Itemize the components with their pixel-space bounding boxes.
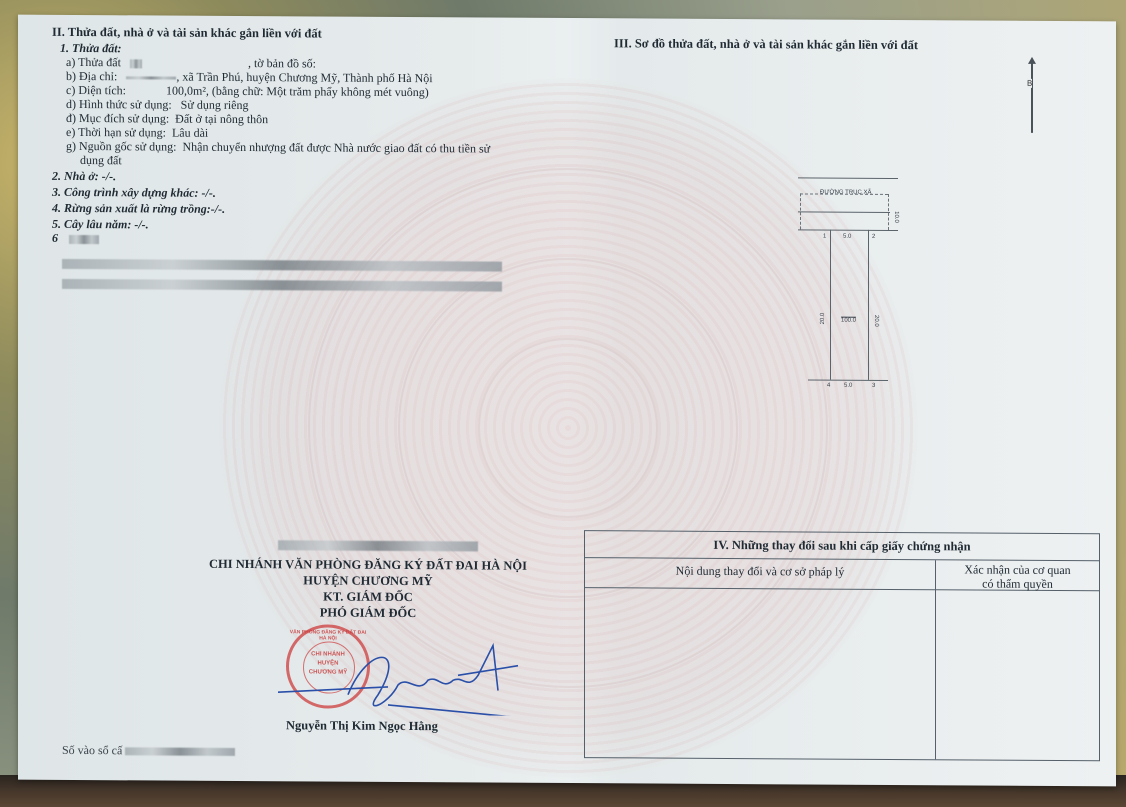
corner-2: 2 xyxy=(872,234,875,240)
usage-form-label: d) Hình thức sử dụng: xyxy=(66,97,172,112)
section2-title: II. Thửa đất, nhà ở và tài sản khác gắn … xyxy=(52,25,322,41)
authority-confirmation-header: Xác nhận của cơ quan có thẩm quyền xyxy=(936,560,1099,591)
section3-title: III. Sơ đồ thửa đất, nhà ở và tài sản kh… xyxy=(614,36,918,52)
plot-number-row: a) Thửa đất , tờ bản đồ số: xyxy=(66,55,316,71)
land-plot-diagram: ĐƯỜNG TRỤC XÃ 10.0 1 5.0 2 20.0 100.0 20… xyxy=(798,177,908,388)
address-label: b) Địa chỉ: xyxy=(66,69,117,83)
usage-term-value: Lâu dài xyxy=(172,126,208,140)
area-label: c) Diện tích: xyxy=(66,83,126,97)
right-edge-length: 20.0 xyxy=(873,315,879,327)
signature-block: CHI NHÁNH VĂN PHÒNG ĐĂNG KÝ ĐẤT ĐAI HÀ N… xyxy=(178,556,558,622)
usage-origin-label: g) Nguồn gốc sử dụng: xyxy=(66,139,177,154)
address-value: , xã Trần Phú, huyện Chương Mỹ, Thành ph… xyxy=(176,70,432,86)
usage-term-row: e) Thời hạn sử dụng: Lâu dài xyxy=(66,125,208,140)
arrow-head-icon xyxy=(1028,57,1036,64)
north-label: B xyxy=(1027,79,1032,88)
other-construction-item: 3. Công trình xây dựng khác: -/-. xyxy=(52,185,216,200)
corner-1: 1 xyxy=(823,234,826,240)
authority-confirmation-column: Xác nhận của cơ quan có thẩm quyền xyxy=(936,560,1099,760)
redacted-item6 xyxy=(69,235,99,244)
land-plot-heading: 1. Thửa đất: xyxy=(60,41,122,55)
redacted-date-line xyxy=(278,540,478,551)
redacted-notes-line2 xyxy=(62,279,502,292)
map-sheet-label: , tờ bản đồ số: xyxy=(248,56,316,70)
signer-name: Nguyễn Thị Kim Ngọc Hằng xyxy=(286,718,438,733)
item6-number: 6 xyxy=(52,231,58,245)
usage-origin-continued: dụng đất xyxy=(80,153,122,167)
registry-number-row: Số vào sổ cấ xyxy=(62,743,235,758)
usage-purpose-value: Đất ở tại nông thôn xyxy=(175,112,268,127)
change-content-header: Nội dung thay đổi và cơ sở pháp lý xyxy=(585,558,935,590)
change-content-column: Nội dung thay đổi và cơ sở pháp lý xyxy=(585,558,936,759)
bottom-edge-length: 5.0 xyxy=(844,383,852,389)
authority-header-line2: có thẩm quyền xyxy=(936,576,1099,591)
top-edge-length: 5.0 xyxy=(843,234,851,240)
signer-title-2: PHÓ GIÁM ĐỐC xyxy=(178,604,558,622)
usage-origin-value: Nhận chuyển nhượng đất được Nhà nước gia… xyxy=(183,140,491,156)
planted-forest-item: 4. Rừng sản xuất là rừng trồng:-/-. xyxy=(52,201,225,216)
right-page: III. Sơ đồ thửa đất, nhà ở và tài sản kh… xyxy=(578,26,1116,779)
corner-4: 4 xyxy=(827,383,830,389)
authority-header-line1: Xác nhận của cơ quan xyxy=(936,562,1099,577)
changes-after-issuance-table: IV. Những thay đổi sau khi cấp giấy chứn… xyxy=(584,530,1100,761)
usage-form-value: Sử dụng riêng xyxy=(181,98,249,112)
redacted-registry-number xyxy=(125,748,235,757)
usage-purpose-row: đ) Mục đích sử dụng: Đất ở tại nông thôn xyxy=(66,111,268,126)
usage-origin-row: g) Nguồn gốc sử dụng: Nhận chuyển nhượng… xyxy=(66,139,490,156)
house-item: 2. Nhà ở: -/-. xyxy=(52,169,116,183)
perennial-trees-item: 5. Cây lâu năm: -/-. xyxy=(52,217,149,232)
left-edge-length: 20.0 xyxy=(820,313,826,325)
north-arrow: B xyxy=(1026,57,1038,135)
redacted-plot-number xyxy=(130,59,142,68)
left-page: II. Thửa đất, nhà ở và tài sản khác gắn … xyxy=(38,23,578,776)
road-width-label: 10.0 xyxy=(893,211,899,223)
redacted-address xyxy=(126,76,176,79)
plot-number-label: a) Thửa đất xyxy=(66,55,121,69)
usage-form-row: d) Hình thức sử dụng: Sử dụng riêng xyxy=(66,97,249,112)
handwritten-signature xyxy=(268,634,548,716)
corner-3: 3 xyxy=(872,383,875,389)
section4-title: IV. Những thay đổi sau khi cấp giấy chứn… xyxy=(585,531,1099,561)
plot-area-label: 100.0 xyxy=(841,318,856,324)
redacted-notes-line1 xyxy=(62,259,502,272)
land-certificate-document: II. Thửa đất, nhà ở và tài sản khác gắn … xyxy=(18,15,1116,787)
registry-label: Số vào sổ cấ xyxy=(62,743,122,757)
item6-row: 6 xyxy=(52,231,99,245)
usage-term-label: e) Thời hạn sử dụng: xyxy=(66,125,166,140)
usage-purpose-label: đ) Mục đích sử dụng: xyxy=(66,111,169,126)
issuing-office: CHI NHÁNH VĂN PHÒNG ĐĂNG KÝ ĐẤT ĐAI HÀ N… xyxy=(178,556,558,574)
